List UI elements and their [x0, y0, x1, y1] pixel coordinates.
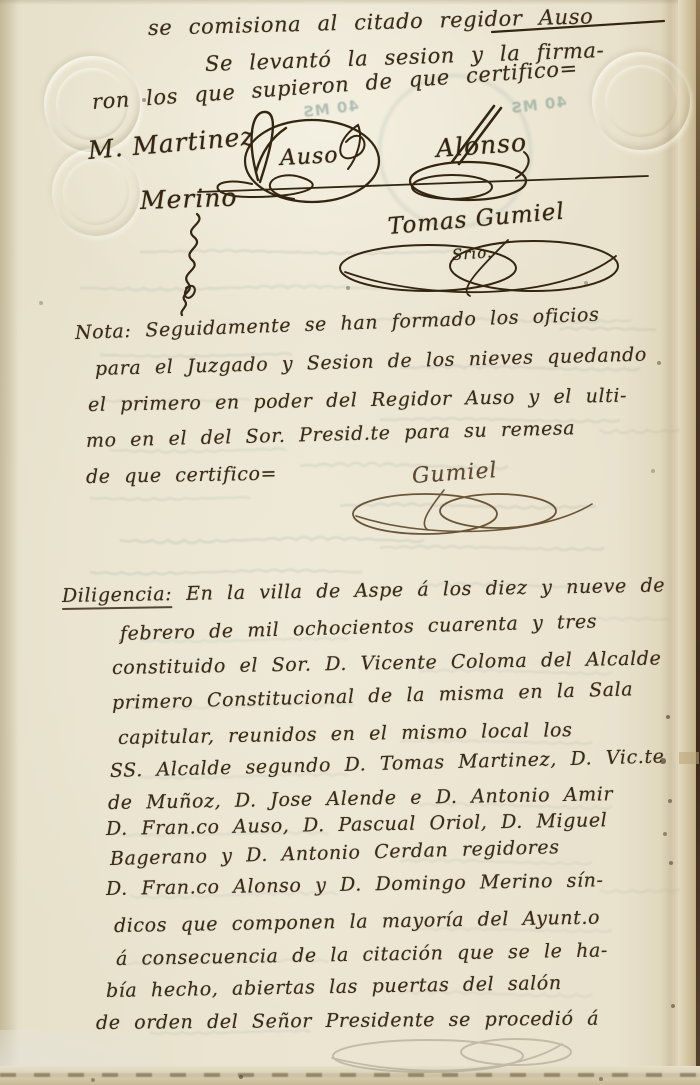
gumiel-flourish-loop [450, 241, 618, 291]
gumiel-flourish-loop [340, 245, 516, 291]
bottom-faint-flourish [461, 1039, 571, 1065]
gumiel-nota-flourish [440, 494, 556, 528]
manuscript-page: 40 MS 40 MS se comisiona al citado regid… [0, 0, 700, 1085]
alonso-tail-curl [516, 152, 529, 178]
line-end-dash [492, 21, 664, 32]
flourish-layer [0, 0, 700, 1085]
martinez-rubric [252, 112, 286, 182]
paper-specks [0, 0, 2, 2]
merino-rubric [181, 214, 199, 315]
alonso-upstrokes [452, 106, 501, 164]
bottom-faint-sweep [332, 1044, 562, 1071]
auso-curl [340, 125, 364, 169]
alonso-rubric-loop-inner [412, 175, 492, 199]
auso-inner-loops [217, 175, 312, 199]
